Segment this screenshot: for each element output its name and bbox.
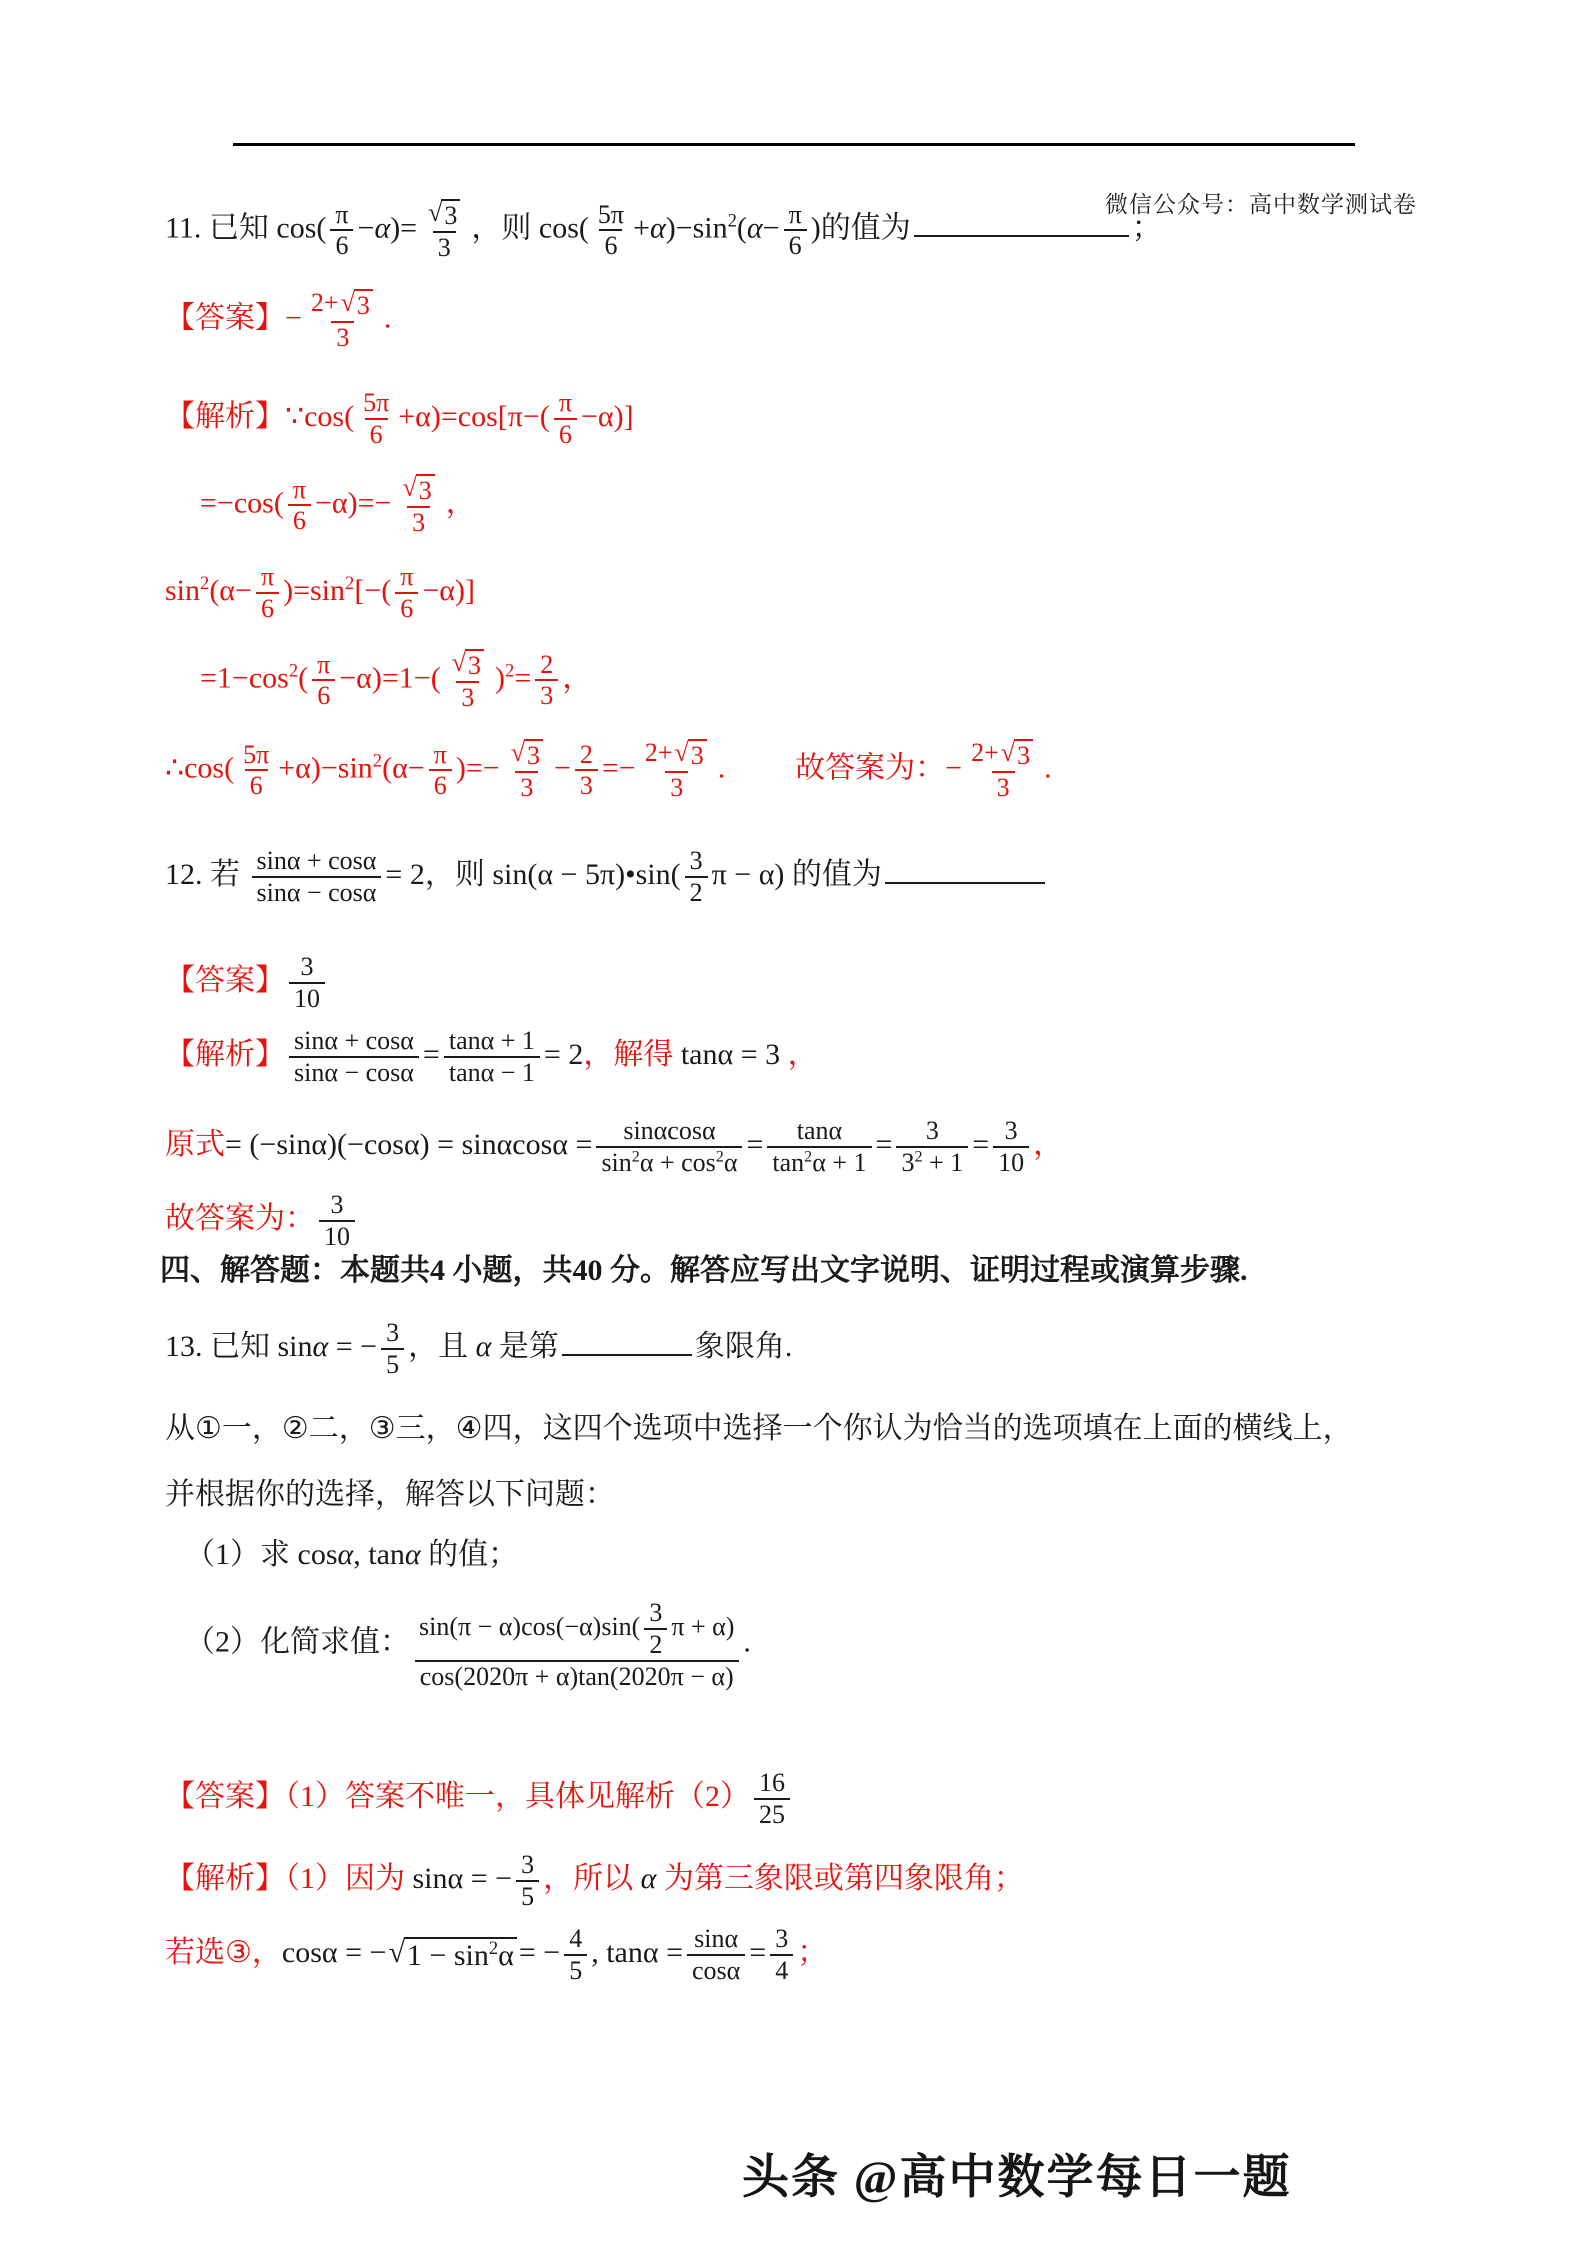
fraction: π6 <box>312 650 335 712</box>
sqrt-expression: √3 <box>428 199 460 231</box>
p13: 13. 已知 sinα = −35，且 α 是第象限角. <box>165 1318 792 1380</box>
fraction: π6 <box>429 740 452 802</box>
fraction: 310 <box>993 1116 1029 1178</box>
p13-answer: 【答案】（1）答案不唯一，具体见解析（2）1625 <box>165 1768 794 1830</box>
p11-solution-1: 【解析】∵cos(5π6+α)=cos[π−(π6−α)] <box>165 388 634 450</box>
p13-note-2: 并根据你的选择，解答以下问题： <box>165 1476 615 1514</box>
p13-solution-2: 若选③，cosα = −√1 − sin2α= −45, tanα =sinαc… <box>165 1924 827 1986</box>
footer-watermark: 头条 @高中数学每日一题 <box>742 2140 1291 2207</box>
fraction: sinαcosαsin2α + cos2α <box>596 1116 742 1178</box>
fraction: √33 <box>421 198 467 263</box>
p12-answer: 【答案】310 <box>165 952 329 1014</box>
fraction: 23 <box>575 740 598 802</box>
p12: 12. 若 sinα + cosαsinα − cosα= 2，则 sin(α … <box>165 846 1048 908</box>
sqrt-expression: √3 <box>341 289 373 321</box>
fraction: sinα + cosαsinα − cosα <box>252 846 382 908</box>
fraction: 5π6 <box>593 200 629 262</box>
fraction: π6 <box>288 475 311 537</box>
sqrt-expression: √3 <box>511 739 543 771</box>
fraction: 2+√33 <box>306 288 380 353</box>
fraction: 35 <box>516 1850 539 1912</box>
fraction: 45 <box>564 1924 587 1986</box>
sqrt-expression: √3 <box>402 474 434 506</box>
sqrt-expression: √1 − sin2α <box>388 1937 516 1974</box>
fraction: √33 <box>395 473 441 538</box>
sqrt-expression: √3 <box>1001 739 1033 771</box>
fraction: 1625 <box>754 1768 790 1830</box>
p11-solution-3: sin2(α−π6)=sin2[−(π6−α)] <box>165 562 475 624</box>
p12-solution-2: 原式= (−sinα)(−cosα) = sinαcosα =sinαcosαs… <box>165 1116 1063 1178</box>
fraction: 310 <box>289 952 325 1014</box>
fraction: π6 <box>554 388 577 450</box>
fraction: 5π6 <box>238 740 274 802</box>
fraction: sinαcosα <box>687 1924 745 1986</box>
p12-solution-3: 故答案为：310 <box>165 1190 359 1252</box>
p13-part2: （2）化简求值：sin(π − α)cos(−α)sin(32π + α)cos… <box>185 1598 751 1692</box>
test-paper-page: 微信公众号：高中数学测试卷 11. 已知 cos(π6−α)=√33，则 cos… <box>0 0 1587 2245</box>
header-rule <box>233 143 1355 146</box>
p13-solution-1: 【解析】（1）因为 sinα = −35，所以 α 为第三象限或第四象限角； <box>165 1850 1024 1912</box>
fraction: √33 <box>504 738 550 803</box>
p11-solution-5: ∴cos(5π6+α)−sin2(α−π6)=−√33−23=−2+√33.故答… <box>165 738 1052 803</box>
sqrt-expression: √3 <box>452 649 484 681</box>
fraction: π6 <box>784 200 807 262</box>
sqrt-expression: √3 <box>674 739 706 771</box>
fraction: √33 <box>445 648 491 713</box>
fraction: 5π6 <box>358 388 394 450</box>
fraction: tanα + 1tanα − 1 <box>444 1026 540 1088</box>
p13-note-1: 从①一，②二，③三，④四，这四个选项中选择一个你认为恰当的选项填在上面的横线上， <box>165 1410 1353 1448</box>
fraction: tanαtan2α + 1 <box>767 1116 871 1178</box>
fill-in-blank <box>914 205 1129 238</box>
fraction: 32 <box>644 1598 667 1660</box>
fraction: 35 <box>381 1318 404 1380</box>
p11: 11. 已知 cos(π6−α)=√33，则 cos(5π6+α)−sin2(α… <box>165 198 1162 263</box>
fill-in-blank <box>562 1323 692 1356</box>
p11-solution-2: =−cos(π6−α)=−√33， <box>200 473 476 538</box>
fraction: sinα + cosαsinα − cosα <box>289 1026 419 1088</box>
fill-in-blank <box>885 851 1045 884</box>
fraction: sin(π − α)cos(−α)sin(32π + α)cos(2020π +… <box>414 1598 739 1692</box>
p13-part1: （1）求 cosα, tanα 的值； <box>185 1536 518 1574</box>
p11-answer: 【答案】−2+√33. <box>165 288 391 353</box>
fraction: π6 <box>330 200 353 262</box>
fraction: 32 <box>685 846 708 908</box>
fraction: 34 <box>770 1924 793 1986</box>
fraction: π6 <box>256 562 279 624</box>
p11-solution-4: =1−cos2(π6−α)=1−(√33)2=23， <box>200 648 592 713</box>
fraction: 2+√33 <box>966 738 1040 803</box>
fraction: 310 <box>319 1190 355 1252</box>
fraction: 332 + 1 <box>896 1116 968 1178</box>
fraction: π6 <box>395 562 418 624</box>
sec4: 四、解答题：本题共4 小题，共40 分。解答应写出文字说明、证明过程或演算步骤. <box>160 1252 1248 1290</box>
fraction: 2+√33 <box>640 738 714 803</box>
p12-solution-1: 【解析】sinα + cosαsinα − cosα=tanα + 1tanα … <box>165 1026 818 1088</box>
fraction: 23 <box>535 650 558 712</box>
